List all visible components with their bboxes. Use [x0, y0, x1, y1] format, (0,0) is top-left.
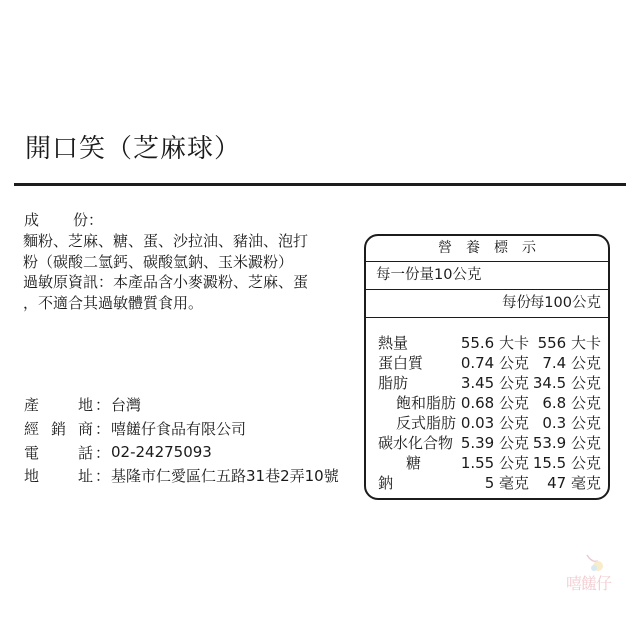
nutrition-facts-table: 營養標示 每一份量10公克 每份 每100公克 熱量 55.6 大卡 556 大… [364, 234, 610, 500]
product-title: 開口笑（芝麻球） [25, 128, 241, 165]
origin-value: 台灣 [111, 394, 141, 415]
address-value: 基隆市仁愛區仁五路31巷2弄10號 [111, 465, 339, 486]
ingredients-line: 麵粉、芝麻、糖、蛋、沙拉油、豬油、泡打 [23, 231, 353, 252]
info-row-address: 地址 ： 基隆市仁愛區仁五路31巷2弄10號 [24, 464, 339, 488]
ingredients-line: 過敏原資訊：本產品含小麥澱粉、芝麻、蛋 [23, 272, 353, 293]
info-label: 電話 [24, 442, 93, 463]
ingredients-label: 成份： [24, 209, 103, 230]
ingredients-text: 麵粉、芝麻、糖、蛋、沙拉油、豬油、泡打 粉（碳酸二氫鈣、碳酸氫鈉、玉米澱粉） 過… [23, 231, 353, 313]
ingredients-line: ，不適合其過敏體質食用。 [23, 293, 353, 314]
distributor-value: 嘻饈仔食品有限公司 [111, 418, 246, 439]
ingredients-label-left: 成 [24, 211, 39, 229]
info-row-origin: 產地 ： 台灣 [24, 393, 339, 417]
nutrition-row: 鈉 5 毫克 47 毫克 [366, 473, 608, 493]
nutrition-row: 糖 1.55 公克 15.5 公克 [366, 453, 608, 473]
col-per-100g: 每100公克 [530, 290, 601, 317]
nutrition-row: 蛋白質 0.74 公克 7.4 公克 [366, 353, 608, 373]
product-info: 產地 ： 台灣 經銷商 ： 嘻饈仔食品有限公司 電話 ： 02-24275093… [24, 393, 339, 488]
nutrition-heading: 營養標示 [366, 236, 608, 262]
nutrition-row: 反式脂肪 0.03 公克 0.3 公克 [366, 413, 608, 433]
nutrition-row: 飽和脂肪 0.68 公克 6.8 公克 [366, 393, 608, 413]
info-row-distributor: 經銷商 ： 嘻饈仔食品有限公司 [24, 417, 339, 441]
info-label: 經銷商 [24, 418, 93, 439]
brand-logo-text: 嘻饈仔 [566, 571, 611, 594]
info-label: 產地 [24, 394, 93, 415]
ingredients-line: 粉（碳酸二氫鈣、碳酸氫鈉、玉米澱粉） [23, 252, 353, 273]
nutrition-column-headers: 每份 每100公克 [366, 290, 608, 318]
phone-value: 02-24275093 [111, 443, 212, 461]
nutrition-row: 碳水化合物 5.39 公克 53.9 公克 [366, 433, 608, 453]
serving-size: 每一份量10公克 [366, 262, 608, 290]
info-label: 地址 [24, 465, 93, 486]
ingredients-label-right: 份： [73, 211, 103, 229]
nutrition-rows: 熱量 55.6 大卡 556 大卡 蛋白質 0.74 公克 7.4 公克 脂肪 … [366, 318, 608, 493]
title-divider [14, 183, 626, 186]
col-per-serving: 每份 [502, 290, 531, 317]
chef-hat-icon [584, 553, 606, 573]
info-row-phone: 電話 ： 02-24275093 [24, 440, 339, 464]
brand-logo: 嘻饈仔 [566, 553, 632, 605]
nutrition-row: 熱量 55.6 大卡 556 大卡 [366, 333, 608, 353]
nutrition-row: 脂肪 3.45 公克 34.5 公克 [366, 373, 608, 393]
